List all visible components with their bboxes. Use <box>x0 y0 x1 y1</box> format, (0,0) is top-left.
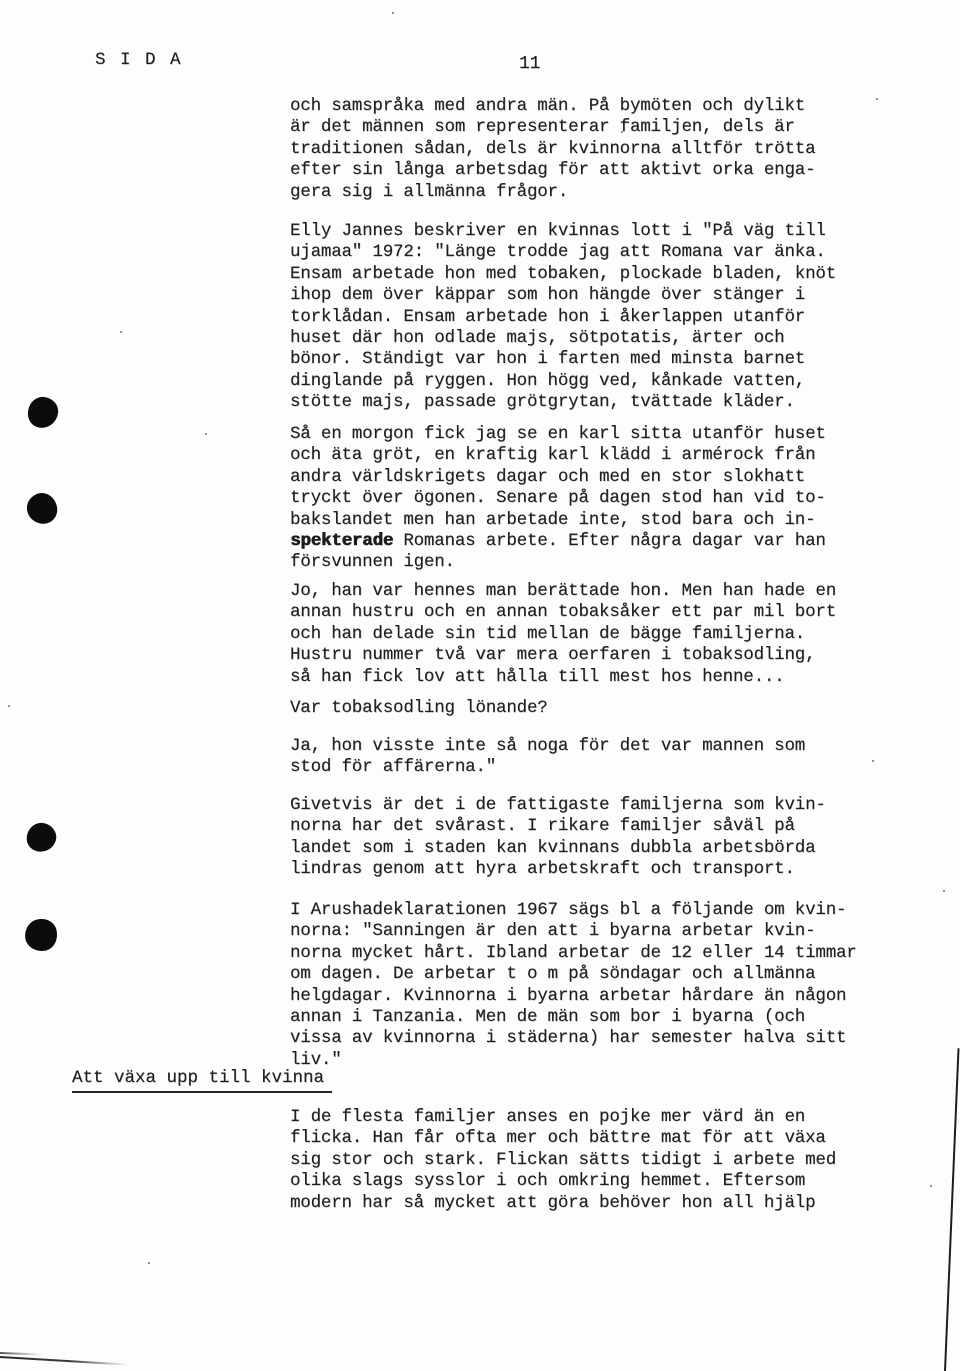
overstruck-word: spekterade <box>290 531 393 551</box>
paragraph-answer: Ja, hon visste inte så noga för det var … <box>290 736 910 779</box>
speck <box>930 1185 932 1187</box>
speck <box>205 433 207 435</box>
paragraph-growing-up: I de flesta familjer anses en pojke mer … <box>290 1107 910 1214</box>
paragraph-morning-story: Så en morgon fick jag se en karl sitta u… <box>290 424 910 574</box>
ink-blot <box>23 819 60 856</box>
speck <box>621 131 623 133</box>
paragraph-husband: Jo, han var hennes man berättade hon. Me… <box>290 581 910 688</box>
speck <box>148 1262 150 1264</box>
paragraph-elly-jannes-quote: Elly Jannes beskriver en kvinnas lott i … <box>290 221 910 414</box>
ink-blot <box>24 490 60 527</box>
page-number: 11 <box>519 54 540 75</box>
page-header-label: S I D A <box>95 50 183 70</box>
ink-blot <box>24 918 59 953</box>
ink-blot <box>26 395 60 430</box>
paragraph-question: Var tobaksodling lönande? <box>290 698 910 719</box>
speck <box>392 12 394 14</box>
paragraph-intro: och samspråka med andra män. På bymöten … <box>290 96 910 203</box>
scan-artifact-line-bottom-2 <box>0 1352 42 1355</box>
scanned-document-page: S I D A 11 och samspråka med andra män. … <box>0 0 960 1371</box>
scan-artifact-line-bottom <box>0 1356 128 1366</box>
paragraph-poor-families: Givetvis är det i de fattigaste familjer… <box>290 795 910 881</box>
speck <box>943 890 945 892</box>
paragraph-arusha-declaration: I Arushadeklarationen 1967 sägs bl a föl… <box>290 900 910 1071</box>
speck <box>872 760 874 762</box>
speck <box>876 98 878 100</box>
section-heading-att-vaxa-upp-till-kvinna: Att växa upp till kvinna <box>72 1068 332 1093</box>
paragraph-text: Så en morgon fick jag se en karl sitta u… <box>290 424 826 530</box>
scan-artifact-line-right <box>944 1048 960 1371</box>
speck <box>120 331 122 333</box>
speck <box>8 705 10 707</box>
